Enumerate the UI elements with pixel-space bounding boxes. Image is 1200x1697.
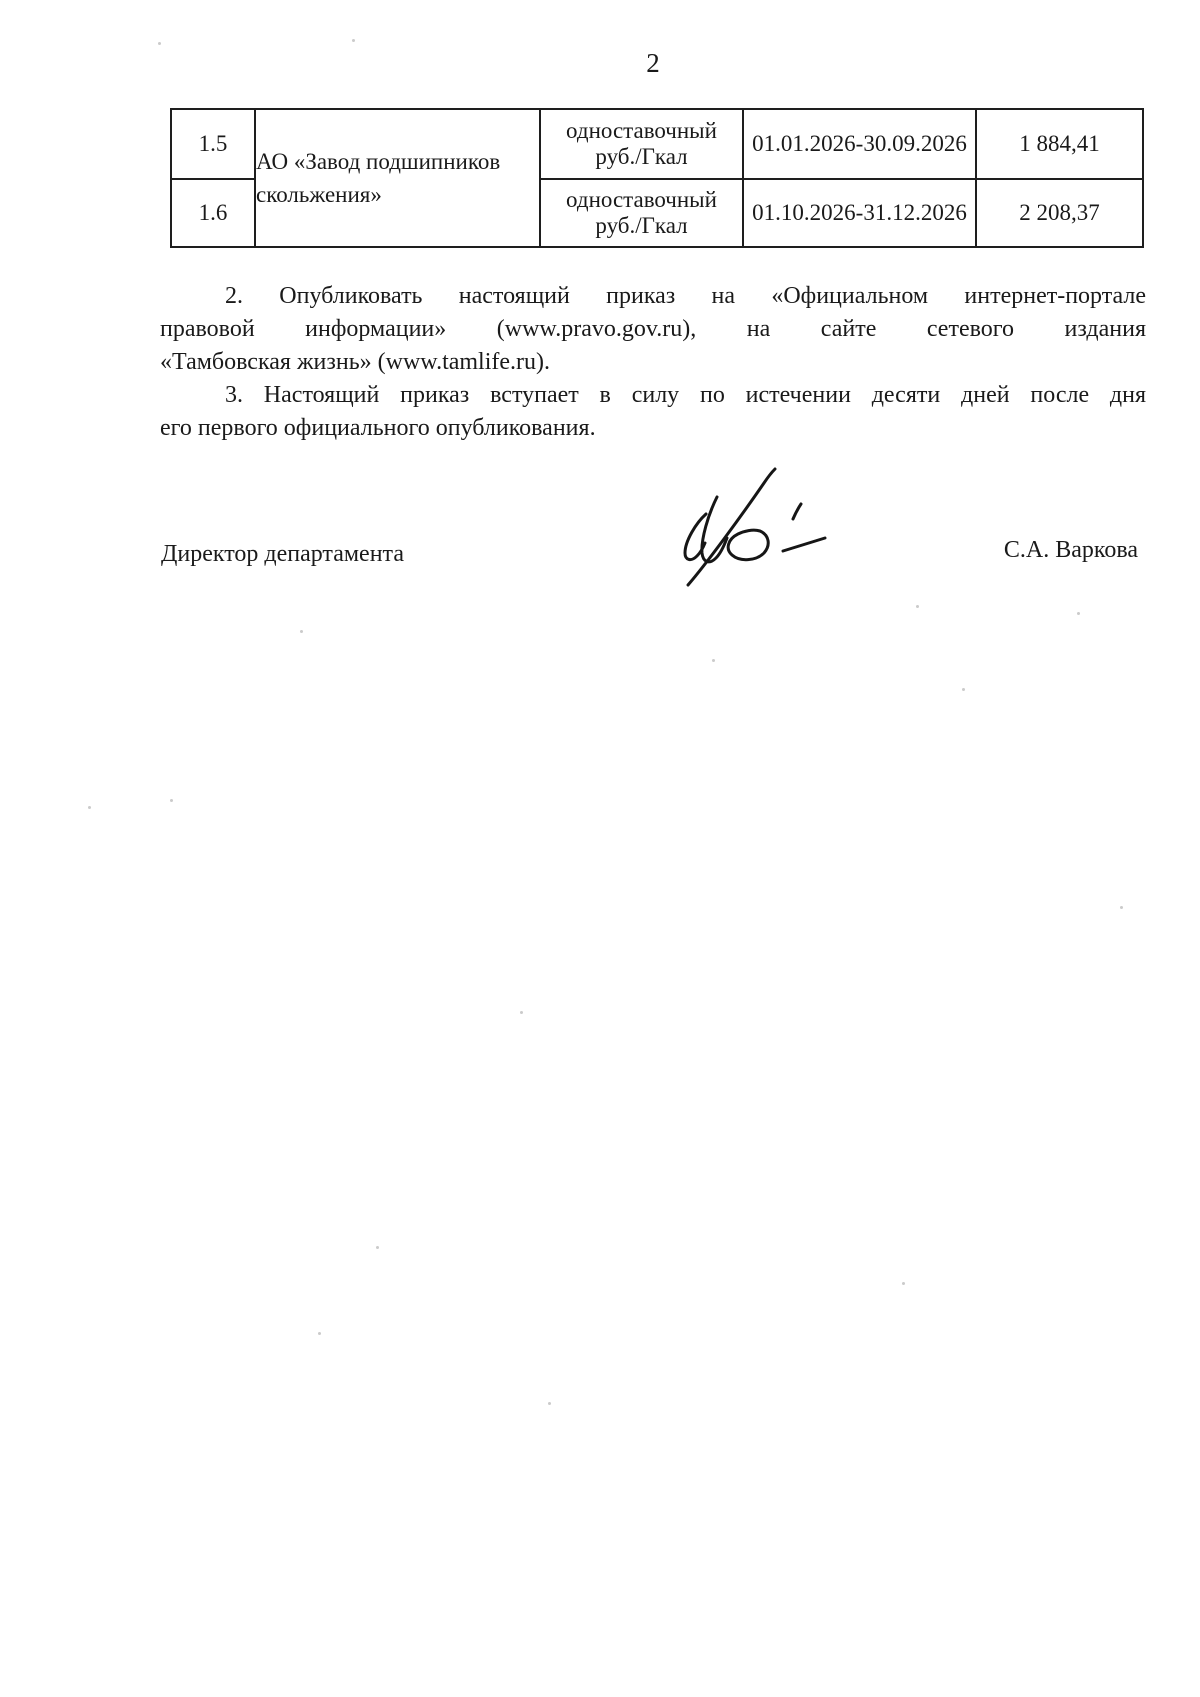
organization-cell: АО «Завод подшипников скольжения» [255,109,540,247]
tariff-value-cell: 2 208,37 [976,179,1143,247]
scan-speck [158,42,161,45]
scan-speck [520,1011,523,1014]
tariff-type-cell: одноставочный руб./Гкал [540,179,743,247]
scan-speck [902,1282,905,1285]
scan-speck [352,39,355,42]
paragraph-2-line: «Тамбовская жизнь» (www.tamlife.ru). [160,346,1146,379]
paragraph-3-line: 3. Настоящий приказ вступает в силу по и… [160,379,1146,412]
tariff-type-line1: одноставочный [541,118,742,144]
order-body-text: 2. Опубликовать настоящий приказ на «Офи… [160,280,1146,445]
table-row: 1.5 АО «Завод подшипников скольжения» од… [171,109,1143,179]
row-number-cell: 1.6 [171,179,255,247]
period-cell: 01.01.2026-30.09.2026 [743,109,976,179]
tariff-type-line1: одноставочный [541,187,742,213]
scan-speck [712,659,715,662]
paragraph-3-line: его первого официального опубликования. [160,412,1146,445]
period-cell: 01.10.2026-31.12.2026 [743,179,976,247]
scan-speck [170,799,173,802]
scan-speck [88,806,91,809]
signature-handwriting [672,463,842,593]
signoff-name: С.А. Варкова [1004,537,1138,564]
scan-speck [962,688,965,691]
scan-speck [376,1246,379,1249]
scan-speck [1077,612,1080,615]
signoff-position-title: Директор департамента [161,541,404,568]
tariff-unit-line2: руб./Гкал [541,144,742,170]
paragraph-2-line: 2. Опубликовать настоящий приказ на «Офи… [160,280,1146,313]
tariff-table: 1.5 АО «Завод подшипников скольжения» од… [170,108,1144,248]
scan-speck [300,630,303,633]
row-number-cell: 1.5 [171,109,255,179]
tariff-type-cell: одноставочный руб./Гкал [540,109,743,179]
document-page: 2 1.5 АО «Завод подшипников скольжения» … [0,0,1200,1697]
scan-speck [916,605,919,608]
tariff-unit-line2: руб./Гкал [541,213,742,239]
page-number: 2 [160,48,1146,79]
scan-speck [318,1332,321,1335]
scan-speck [548,1402,551,1405]
scan-speck [1120,906,1123,909]
tariff-value-cell: 1 884,41 [976,109,1143,179]
paragraph-2-line: правовой информации» (www.pravo.gov.ru),… [160,313,1146,346]
